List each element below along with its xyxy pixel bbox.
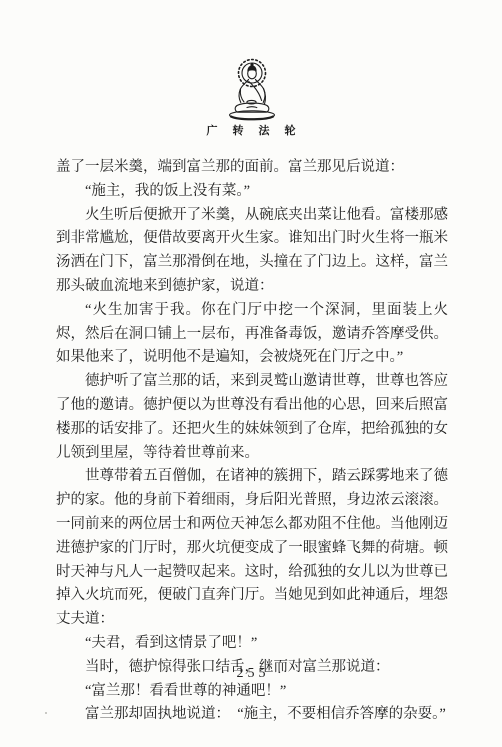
paragraph: “夫君，看到这情景了吧！” — [56, 632, 448, 656]
paragraph: “火生加害于我。你在门厅中挖一个深洞，里面装上火烬，然后在洞口铺上一层布，再准备… — [56, 299, 448, 370]
paragraph: 世尊带着五百僧伽，在诸神的簇拥下，踏云踩雾地来了德护的家。他的身前下着细雨，身后… — [56, 465, 448, 632]
chapter-running-title: 广转法轮 — [0, 122, 502, 138]
scan-speck-mark — [45, 712, 47, 714]
paragraph: “富兰那！看看世尊的神通吧！” — [56, 680, 448, 704]
paragraph: 德护听了富兰那的话，来到灵鹫山邀请世尊，世尊也答应了他的邀请。德护便以为世尊没有… — [56, 370, 448, 465]
page-number: · 255 · — [0, 666, 502, 682]
text-column: 盖了一层米羹，端到富兰那的面前。富兰那见后说道：“施主，我的饭上没有菜。”火生听… — [56, 156, 448, 727]
paragraph: “施主，我的饭上没有菜。” — [56, 180, 448, 204]
seated-buddha-illustration — [213, 58, 291, 122]
paragraph: 火生听后便掀开了米羹，从碗底夹出菜让他看。富楼那感到非常尴尬，便借故要离开火生家… — [56, 204, 448, 299]
book-page: 广转法轮 盖了一层米羹，端到富兰那的面前。富兰那见后说道：“施主，我的饭上没有菜… — [0, 0, 502, 747]
paragraph: 富兰那却固执地说道： “施主，不要相信乔答摩的杂耍。” — [56, 703, 448, 727]
paragraph: 盖了一层米羹，端到富兰那的面前。富兰那见后说道： — [56, 156, 448, 180]
